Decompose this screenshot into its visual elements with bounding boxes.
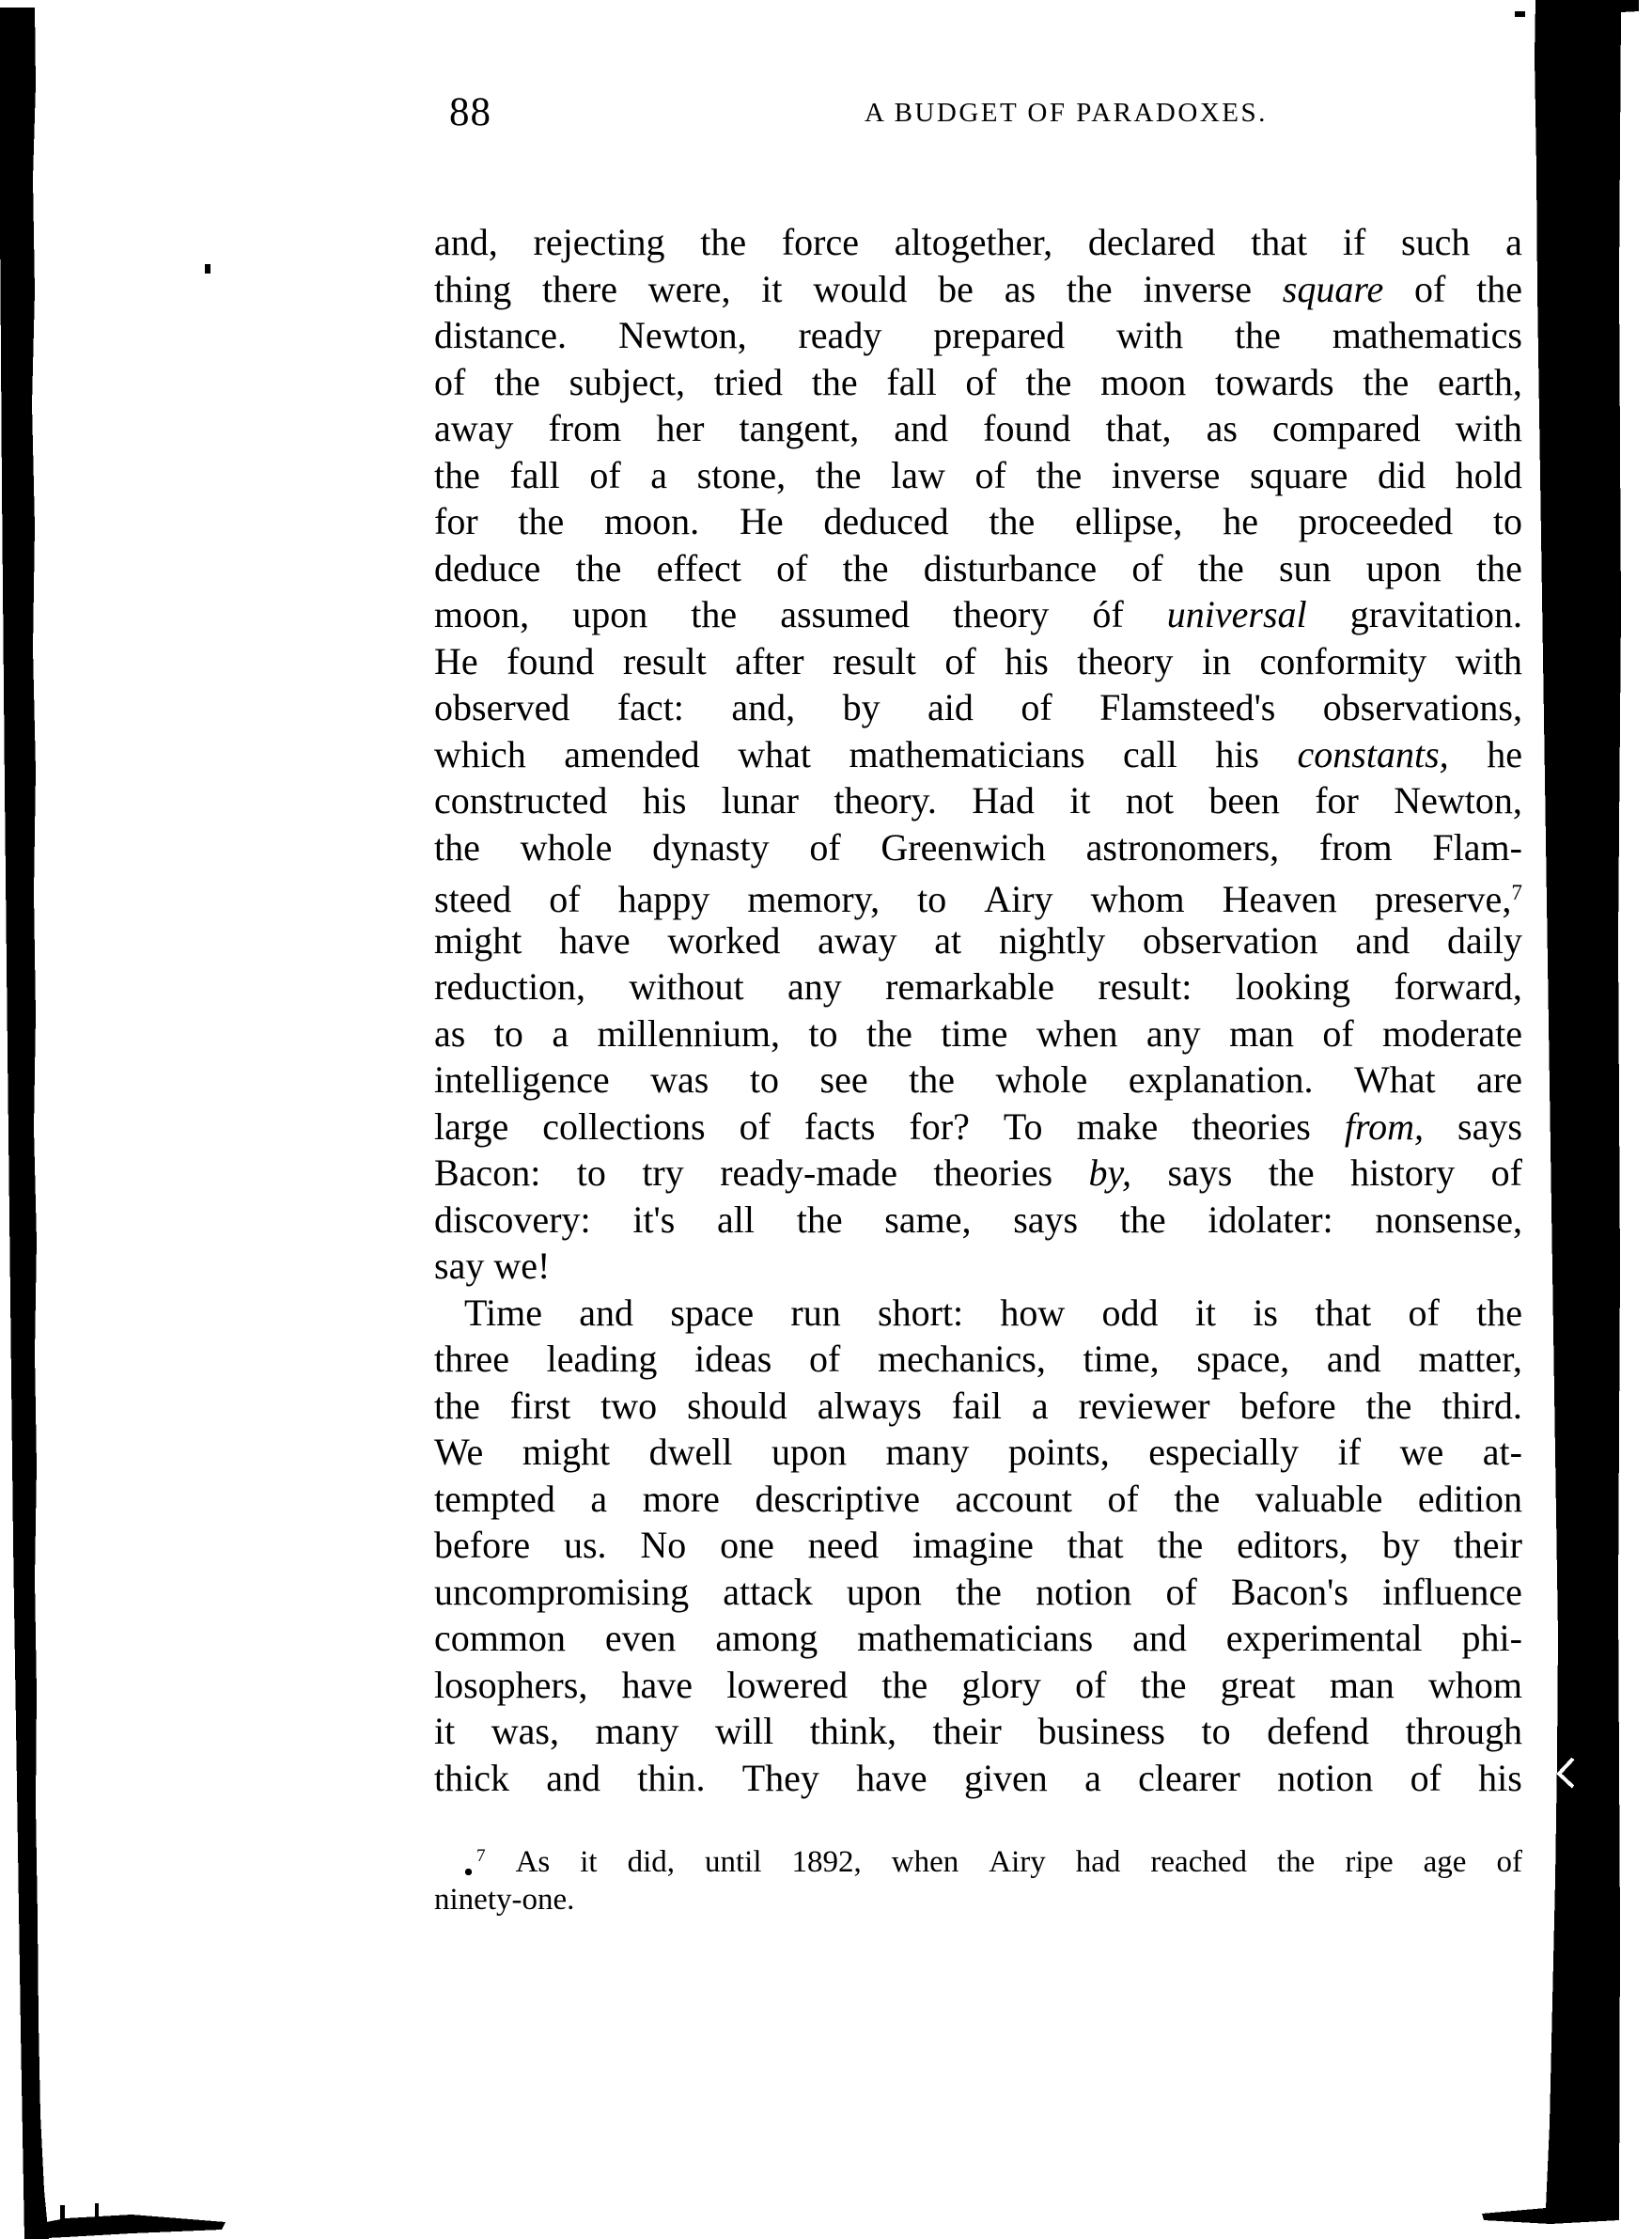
- body-line: mighthaveworkedawayatnightlyobservationa…: [434, 917, 1522, 964]
- body-line: intelligencewastoseethewholeexplanation.…: [434, 1057, 1522, 1104]
- body-line: forthemoon.Hededucedtheellipse,heproceed…: [434, 498, 1522, 545]
- body-line: itwas,manywillthink,theirbusinesstodefen…: [434, 1708, 1522, 1755]
- body-line: constructedhislunartheory.Haditnotbeenfo…: [434, 777, 1522, 824]
- body-line: deducetheeffectofthedisturbanceofthesunu…: [434, 545, 1522, 592]
- page-number: 88: [449, 92, 491, 133]
- scan-tick-mark: [95, 2203, 99, 2222]
- body-line: astoamillennium,tothetimewhenanymanofmod…: [434, 1010, 1522, 1057]
- body-line: say we!: [434, 1243, 1522, 1290]
- body-line: whichamendedwhatmathematicianscallhiscon…: [434, 731, 1522, 778]
- body-line: awayfromhertangent,andfoundthat,ascompar…: [434, 405, 1522, 452]
- body-line: moon,upontheassumedtheoryófuniversalgrav…: [434, 591, 1522, 638]
- scanned-book-page: 88 A BUDGET OF PARADOXES. and,rejectingt…: [0, 0, 1652, 2239]
- body-line: temptedamoredescriptiveaccountofthevalua…: [434, 1476, 1522, 1523]
- footnote-line: ninety-one.: [434, 1878, 1522, 1922]
- body-line: and,rejectingtheforcealtogether,declared…: [434, 219, 1522, 266]
- body-line: ofthesubject,triedthefallofthemoontoward…: [434, 359, 1522, 406]
- body-line: thickandthin.Theyhavegivenaclearernotion…: [434, 1755, 1522, 1802]
- body-line: steedofhappymemory,toAirywhomHeavenprese…: [434, 870, 1522, 917]
- scan-tick-mark: [60, 2205, 65, 2222]
- scan-smudge-bottom-left: [26, 2215, 226, 2239]
- body-line: Timeandspacerunshort:howodditisthatofthe: [434, 1290, 1522, 1337]
- body-line: thewholedynastyofGreenwichastronomers,fr…: [434, 824, 1522, 871]
- body-line: beforeus.Nooneneedimaginethattheeditors,…: [434, 1522, 1522, 1569]
- ink-speck-top-right: [1515, 11, 1525, 17]
- body-line: thefallofastone,thelawoftheinversesquare…: [434, 452, 1522, 499]
- ink-speck-left-margin: [205, 264, 210, 274]
- body-line: thefirsttwoshouldalwaysfailareviewerbefo…: [434, 1383, 1522, 1430]
- body-line: uncompromisingattackuponthenotionofBacon…: [434, 1569, 1522, 1616]
- scan-edge-left-bar: [0, 8, 49, 2239]
- body-line: thingtherewere,itwouldbeastheinversesqua…: [434, 266, 1522, 313]
- body-line: observedfact:and,byaidofFlamsteed'sobser…: [434, 684, 1522, 731]
- paragraph: Timeandspacerunshort:howodditisthatofthe…: [434, 1290, 1522, 1802]
- footnote-line: 7Asitdid,until1892,whenAiryhadreachedthe…: [434, 1834, 1522, 1878]
- body-line: discovery:it'sallthesame,saystheidolater…: [434, 1197, 1522, 1244]
- body-line: commonevenamongmathematiciansandexperime…: [434, 1615, 1522, 1662]
- body-text: and,rejectingtheforcealtogether,declared…: [434, 219, 1522, 1801]
- paragraph: and,rejectingtheforcealtogether,declared…: [434, 219, 1522, 1290]
- footnote: 7Asitdid,until1892,whenAiryhadreachedthe…: [434, 1834, 1522, 1922]
- body-line: Hefoundresultafterresultofhistheoryincon…: [434, 638, 1522, 685]
- body-line: Bacon:totryready-madetheoriesby,saystheh…: [434, 1150, 1522, 1197]
- body-line: threeleadingideasofmechanics,time,space,…: [434, 1336, 1522, 1383]
- body-line: reduction,withoutanyremarkableresult:loo…: [434, 963, 1522, 1010]
- body-line: losophers,haveloweredthegloryofthegreatm…: [434, 1662, 1522, 1709]
- body-line: distance.Newton,readypreparedwiththemath…: [434, 312, 1522, 359]
- body-line: Wemightdwelluponmanypoints,especiallyifw…: [434, 1429, 1522, 1476]
- body-line: largecollectionsoffactsfor?Tomaketheorie…: [434, 1104, 1522, 1151]
- running-title: A BUDGET OF PARADOXES.: [865, 100, 1268, 127]
